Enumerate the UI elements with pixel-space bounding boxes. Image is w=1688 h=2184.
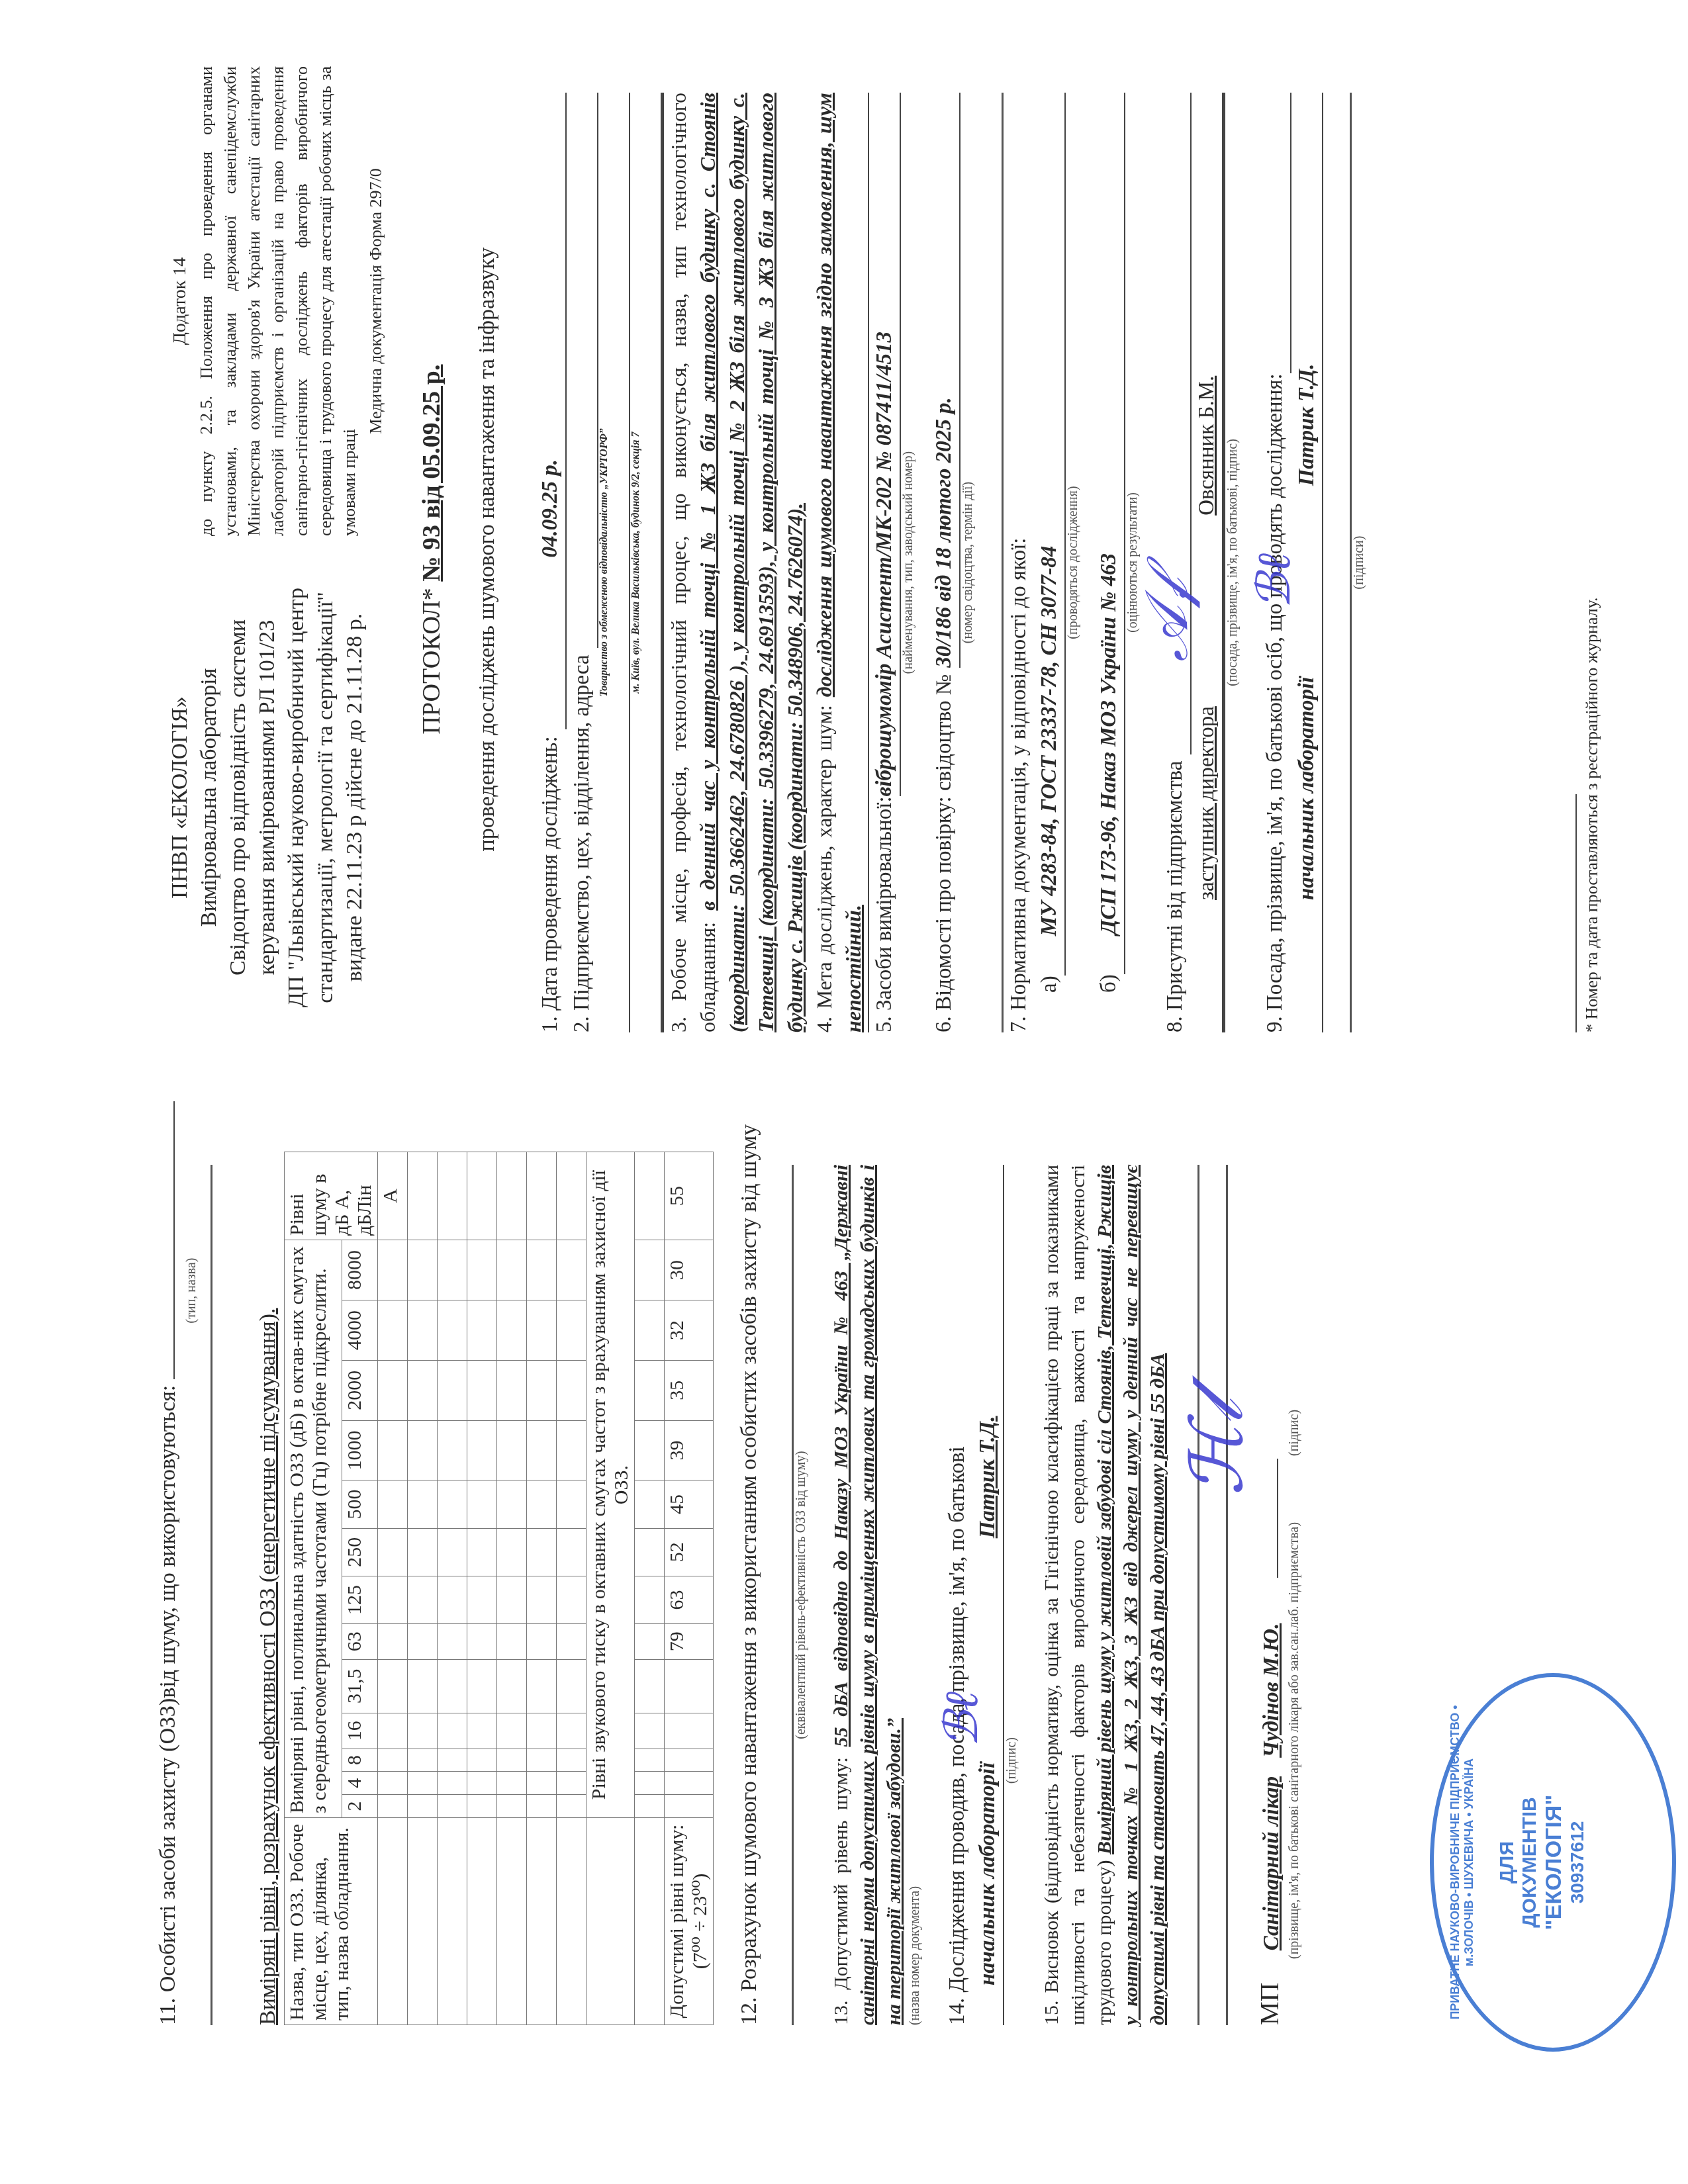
item-7a-value: МУ 4283-84, ГОСТ 23337-78, СН 3077-84 [1034,93,1066,976]
col3-header: Рівні шуму в дБ А, дБЛін [285,1152,378,1240]
item-5-label: 5. Засоби вимірювальної: [869,796,901,1032]
right-page: ПНВП «ЕКОЛОГІЯ» Вимірювальна лабораторія… [0,26,1688,1059]
item-6-label: 6. Відомості про повірку: свідоцтво № [929,674,961,1032]
table-title: Виміряні рівні, розрахунок ефективності … [252,1152,284,2025]
item-6-caption: (номер свідоцтва, термін дії) [961,93,975,1032]
freq-cell: 250 [342,1528,378,1576]
item-7b: б) ДСП 173-96, Наказ МОЗ України № 463 [1094,93,1125,1032]
item-9-position: начальник лабораторії [1295,677,1319,900]
ozz-table: Назва, тип ОЗЗ. Робоче місце, цех, ділян… [284,1152,714,2025]
permissible-cell: 35 [665,1360,714,1420]
items: 1. Дата проведення досліджень: 04.09.25 … [535,93,1366,1032]
item-1-value: 04.09.25 р. [535,93,567,729]
divider [211,1165,212,2025]
footnote: * Номер та дата проставляються з реєстра… [1582,597,1602,1032]
org-cert1: Свідоцтво про відповідність системи [224,563,253,1032]
appendix-form: Медична документація Форма 297/0 [361,66,391,536]
empty-row [408,1152,438,2025]
span-row: Рівні звукового тиску в октавних смугах … [586,1152,635,2025]
section-14-name: Патрик Т.Д. [976,1416,1000,1539]
freq-cell: 63 [342,1624,378,1660]
freq-cell: 125 [342,1576,378,1623]
rotated-protocol-sheet: 11. Особисті засоби захисту (ОЗЗ)від шум… [0,0,1688,2184]
level-unit-row: A [378,1152,408,2025]
item-3-value: в денний час у контрольній точці № 1 ЖЗ … [696,93,807,1032]
company-stamp: ПРИВАТНЕ НАУКОВО-ВИРОБНИЧЕ ПІДПРИЄМСТВО … [1430,1673,1676,2052]
appendix-title: Додаток 14 [165,66,195,536]
freq-cell: 16 [342,1713,378,1749]
item-6: 6. Відомості про повірку: свідоцтво № 30… [929,93,961,1032]
item-2-value1: Товариство з обмеженою відповідальністю … [598,93,630,1032]
item-7a-caption: (проводяться дослідження) [1066,93,1080,1032]
section-14-label: 14. Дослідження проводив, посада, прізви… [942,1152,972,2025]
permissible-cell: 79 [665,1624,714,1660]
item-7a: а) МУ 4283-84, ГОСТ 23337-78, СН 3077-84 [1034,93,1066,1032]
signature-patryk: ℬℓ [946,1692,976,1747]
item-8-position: заступник директора [1195,706,1219,900]
freq-cell: 4 [342,1772,378,1795]
empty-row [557,1152,586,2025]
signoff: МП Санітарний лікар Чудінов М.Ю. ℋ𝓁 [1254,1165,1287,2025]
protocol-number: № 93 від 05.09.25 р. [418,365,445,582]
item-6-value: 30/186 від 18 лютого 2025 р. [929,93,961,668]
freq-cell: 4000 [342,1300,378,1360]
item-4: 4. Мета досліджень, характер шум: дослід… [810,93,869,1032]
org-cert5: видане 22.11.23 р дійсне до 21.11.28 р. [340,563,369,1032]
divider [1226,1165,1228,2025]
permissible-cell: 63 [665,1576,714,1623]
freq-cell: 8000 [342,1240,378,1300]
left-page: 11. Особисті засоби захисту (ОЗЗ)від шум… [0,1125,1688,2158]
item-2-label: 2. Підприємство, цех, відділення, адреса [567,655,598,1032]
item-1: 1. Дата проведення досліджень: 04.09.25 … [535,93,567,1032]
permissible-label: Допустимі рівні шуму: (7⁰⁰ ÷ 23⁰⁰) [665,1818,714,2025]
unit-cell: A [378,1152,408,1240]
section-14-position: начальник лабораторії [976,1762,1000,1985]
protocol-prefix: ПРОТОКОЛ* [418,588,445,734]
item-9-label: 9. Посада, прізвище, ім'я, по батькові о… [1260,373,1291,1032]
item-5-caption: (найменування, тип, заводський номер) [901,93,915,1032]
signature-patryk-2: ℬℓ [1258,553,1289,609]
divider [1197,1165,1199,2025]
stamp-line1: ДЛЯ [1496,1677,1519,2048]
col2-header: Виміряні рівні, поглинальна здатність ОЗ… [285,1240,342,1818]
freq-cell: 2000 [342,1360,378,1420]
org-block: ПНВП «ЕКОЛОГІЯ» Вимірювальна лабораторія… [165,563,391,1032]
span-row-text: Рівні звукового тиску в октавних смугах … [586,1152,635,1818]
item-3: 3. Робоче місце, професія, технологічний… [664,93,810,1032]
freq-cell: 1000 [342,1420,378,1480]
item-1-label: 1. Дата проведення досліджень: [535,736,567,1032]
appendix-block: Додаток 14 до пункту 2.2.5. Положення пр… [165,66,391,536]
permissible-cell: 32 [665,1300,714,1360]
signoff-caption-right: (підпис) [1287,1410,1301,1456]
empty-row [635,1152,665,2025]
section-15: 15. Висновок (відповідність нормативу, о… [1039,1165,1171,2025]
freq-cell: 8 [342,1749,378,1772]
permissible-cell: 45 [665,1480,714,1528]
section-13-label: 13. Допустимий рівень шуму: [830,1757,852,2025]
item-8-line: заступник директора Овсянник Б.М. 𝒜𝒻 [1192,93,1225,1032]
signoff-captions: (прізвище, ім'я, по батькові санітарного… [1287,1165,1307,2025]
col1-header: Назва, тип ОЗЗ. Робоче місце, цех, ділян… [285,1818,378,2025]
appendix-text: до пункту 2.2.5. Положення про проведенн… [195,66,361,536]
item-9-line: начальник лабораторії Патрик Т.Д. ℬℓ [1291,93,1323,1032]
stamp-line3: "ЕКОЛОГІЯ" [1541,1677,1567,2048]
org-cert3: ДП "Львівський науково-виробничий центр [282,563,311,1032]
freq-cell: 2 [342,1795,378,1818]
permissible-cell: 52 [665,1528,714,1576]
section-11-label: 11. Особисті засоби захисту (ОЗЗ)від шум… [156,1385,180,2025]
org-cert4: стандартизації, метрології та сертифікац… [311,563,340,1032]
permissible-row: Допустимі рівні шуму: (7⁰⁰ ÷ 23⁰⁰) 79 63… [665,1152,714,2025]
stamp-code: 30937612 [1567,1677,1588,2048]
org-cert2: керування вимірюваннями РЛ 101/23 [253,563,282,1032]
item-8-label: 8. Присутні від підприємства [1160,761,1192,1032]
signoff-signature-line [1277,1459,1278,1578]
empty-row [438,1152,467,2025]
item-7a-label: а) [1034,976,1066,993]
permissible-cell [665,1795,714,1818]
signature-ovsiannyk: 𝒜𝒻 [1152,579,1182,662]
signoff-name: Чудінов М.Ю. [1260,1623,1284,1758]
stamp-line2: ДОКУМЕНТІВ [1519,1677,1541,2048]
item-8: 8. Присутні від підприємства [1160,93,1192,1032]
section-13: 13. Допустимий рівень шуму: 55 дБА відпо… [828,1165,908,2025]
section-11-blank [173,1101,175,1379]
org-lab: Вимірювальна лабораторія [195,563,224,1032]
permissible-cell: 39 [665,1420,714,1480]
item-5-value: віброшумомір Асистент/МК-202 № 087411/45… [869,93,901,796]
signature-chudinov: ℋ𝓁 [1201,1400,1232,1496]
stamp-outer-text: ПРИВАТНЕ НАУКОВО-ВИРОБНИЧЕ ПІДПРИЄМСТВО … [1448,1677,1476,2048]
permissible-cell [665,1749,714,1772]
permissible-cell [665,1772,714,1795]
item-9-caption: (підписи) [1352,93,1366,1032]
org-name: ПНВП «ЕКОЛОГІЯ» [165,563,195,1032]
footnote-rule [1575,794,1577,1032]
section-14-line: начальник лабораторії Патрик Т.Д. ℬℓ [972,1165,1004,2025]
item-7b-value: ДСП 173-96, Наказ МОЗ України № 463 [1094,93,1125,974]
empty-row [497,1152,527,2025]
section-14-caption: (підпис) [1004,1496,1019,2025]
item-9-name: Патрик Т.Д. [1295,364,1319,486]
freq-cell: 500 [342,1480,378,1528]
item-2-blank [567,93,598,648]
section-12-caption: (еквівалентний рівень-ефективність ОЗЗ в… [794,1165,808,2025]
permissible-cell [665,1713,714,1749]
item-8-name: Овсянник Б.М. [1195,376,1219,516]
item-7b-label: б) [1094,974,1125,993]
permissible-cell: 30 [665,1240,714,1300]
item-9-blank [1260,93,1291,373]
header-block: ПНВП «ЕКОЛОГІЯ» Вимірювальна лабораторія… [165,66,391,1032]
protocol-subtitle: проведення досліджень шумового навантаже… [473,66,502,1032]
permissible-total: 55 [665,1152,714,1240]
item-7-label: 7. Нормативна документація, у відповідно… [1004,93,1034,1032]
signoff-role: Санітарний лікар [1260,1776,1284,1950]
freq-cell: 31,5 [342,1659,378,1713]
section-11: 11. Особисті засоби захисту (ОЗЗ)від шум… [152,1152,184,2025]
section-13-caption: (назва номер документа) [908,1152,922,2025]
item-5: 5. Засоби вимірювальної: віброшумомір Ас… [869,93,901,1032]
permissible-cell [665,1659,714,1713]
item-8-caption: (посада, прізвище, ім'я, по батькові, пі… [1225,93,1240,1032]
item-2-value2: м. Київ, вул. Велика Васильківська, буди… [630,93,664,1032]
protocol-title: ПРОТОКОЛ* № 93 від 05.09.25 р. [417,66,446,1032]
section-12-label: 12. Розрахунок шумового навантаження з в… [733,1152,765,2025]
item-2: 2. Підприємство, цех, відділення, адреса [567,93,598,1032]
empty-row [527,1152,557,2025]
section-11-caption: (тип, назва) [184,1152,199,1430]
item-4-label: 4. Мета досліджень, характер шум: [812,705,836,1032]
item-7b-caption: (оцінюються результати) [1125,93,1140,1032]
mp-label: МП [1254,1983,1284,2025]
empty-row [467,1152,497,2025]
signoff-caption-left: (прізвище, ім'я, по батькові санітарного… [1287,1522,1301,1959]
